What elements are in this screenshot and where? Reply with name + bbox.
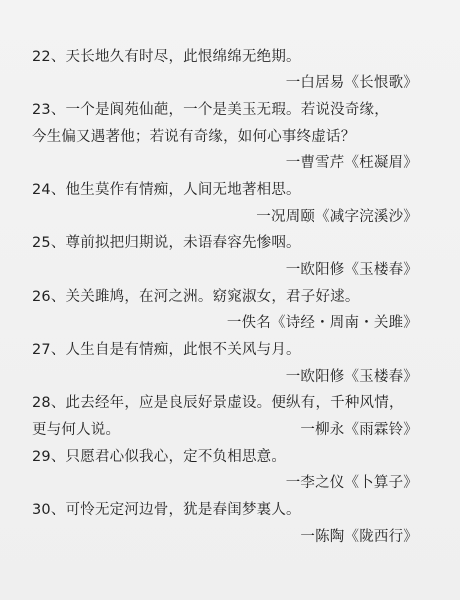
quote-24-line-1: 24、他生莫作有情痴，人间无地著相思。	[32, 177, 420, 203]
quote-23-line-2: 今生偏又遇著他；若说有奇缘，如何心事终虚话？	[32, 124, 420, 150]
quote-27-attribution: 一欧阳修《玉楼春》	[32, 364, 418, 390]
quote-30-line-1: 30、可怜无定河边骨，犹是春闺梦裏人。	[32, 497, 420, 523]
quote-26-line-1: 26、关关雎鸠，在河之洲。窈窕淑女，君子好逑。	[32, 284, 420, 310]
quote-28-line-1: 28、此去经年，应是良辰好景虚设。便纵有，千种风情，	[32, 390, 420, 416]
quote-23-line-1: 23、一个是阆苑仙葩，一个是美玉无瑕。若说没奇缘，	[32, 97, 420, 123]
quote-28-attribution: 一柳永《雨霖铃》	[300, 417, 418, 443]
quote-29-line-1: 29、只愿君心似我心，定不负相思意。	[32, 444, 420, 470]
quote-22-attribution: 一白居易《长恨歌》	[32, 70, 418, 96]
quote-28-final-row: 更与何人说。 一柳永《雨霖铃》	[32, 417, 418, 443]
quote-28-line-2: 更与何人说。	[32, 417, 120, 443]
quote-27-line-1: 27、人生自是有情痴，此恨不关风与月。	[32, 337, 420, 363]
quote-24-attribution: 一况周颐《减字浣溪沙》	[32, 204, 418, 230]
quote-25-line-1: 25、尊前拟把归期说，未语春容先惨咽。	[32, 230, 420, 256]
quote-30-attribution: 一陈陶《陇西行》	[32, 524, 418, 550]
quote-22-line-1: 22、天长地久有时尽，此恨绵绵无绝期。	[32, 44, 420, 70]
poetry-quotes-page: 22、天长地久有时尽，此恨绵绵无绝期。 一白居易《长恨歌》 23、一个是阆苑仙葩…	[0, 0, 460, 600]
quote-29-attribution: 一李之仪《卜算子》	[32, 470, 418, 496]
quote-25-attribution: 一欧阳修《玉楼春》	[32, 257, 418, 283]
quote-26-attribution: 一佚名《诗经・周南・关雎》	[32, 310, 418, 336]
quote-23-attribution: 一曹雪芹《枉凝眉》	[32, 150, 418, 176]
